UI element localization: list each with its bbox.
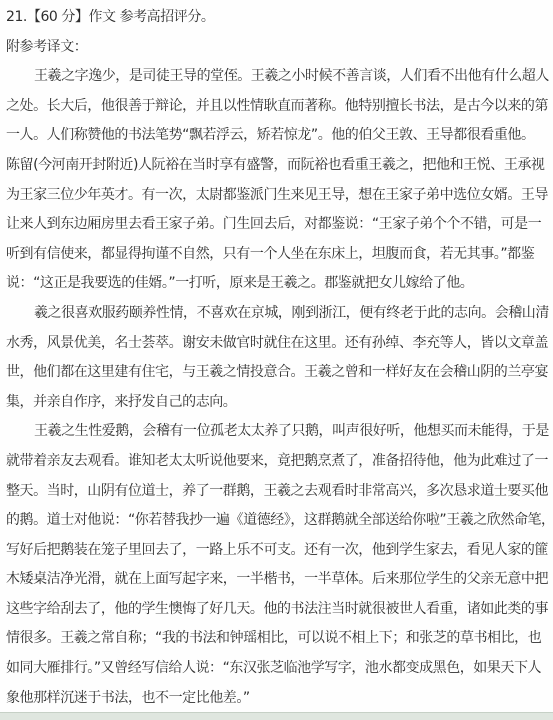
text-line: 一人。人们称赞他的书法笔势“飘若浮云，矫若惊龙”。他的伯父王敦、王导都很看重他。 [6,121,549,151]
text-line: 象他那样沉迷于书法，也不一定比他差。” [6,684,549,714]
text-line: 王羲之生性爱鹅，会稽有一位孤老太太养了只鹅，叫声很好听，他想买而未能得，于是 [6,417,549,447]
text-line: 王羲之字逸少，是司徒王导的堂侄。王羲之小时候不善言谈，人们看不出他有什么超人 [6,62,549,92]
document-page: 21.【60 分】作文 参考高招评分。 附参考译文： 王羲之字逸少，是司徒王导的… [0,0,553,720]
text-line: 听到有信使来，都显得拘谨不自然，只有一个人坐在东床上，坦腹而食，若无其事。”都鉴 [6,240,549,270]
text-line: 集，并亲自作序，来抒发自己的志向。 [6,388,549,418]
text-line: 陈留(今河南开封附近)人阮裕在当时享有盛警，而阮裕也看重王羲之，把他和王悦、王承… [6,151,549,181]
text-line: 就带着亲友去观看。谁知老太太听说他要来，竟把鹅烹煮了，准备招待他，他为此难过了一 [6,447,549,477]
bottom-edge-strip [0,712,553,720]
text-line: 这些字给刮去了，他的学生懊悔了好几天。他的书法注当时就很被世人看重，诸如此类的事 [6,595,549,625]
text-line: 木矮桌洁净光滑，就在上面写起字来，一半楷书，一半草体。后来那位学生的父亲无意中把 [6,565,549,595]
question-number-line: 21.【60 分】作文 参考高招评分。 [6,3,549,33]
text-line: 为王家三位少年英才。有一次，太尉都鉴派门生来见王导，想在王家子弟中选位女婿。王导 [6,181,549,211]
text-line: 让来人到东边厢房里去看王家子弟。门生回去后，对都鉴说：“王家子弟个个不错，可是一 [6,210,549,240]
text-line: 如同大雁排行。”又曾经写信给人说：“东汉张芝临池学写字，池水都变成黑色，如果天下… [6,654,549,684]
text-line: 说：“这正是我要选的佳婿。”一打听，原来是王羲之。郡鉴就把女儿嫁给了他。 [6,269,549,299]
reference-translation-heading: 附参考译文： [6,33,549,63]
text-line: 之处。长大后，他很善于辩论，并且以性情耿直而著称。他特别擅长书法，是古今以来的第 [6,92,549,122]
text-line: 的鹅。道士对他说：“你若替我抄一遍《道德经》，这群鹅就全部送给你啦”王羲之欣然命… [6,506,549,536]
text-line: 世，他们都在这里建有住宅，与王羲之情投意合。王羲之曾和一样好友在会稽山阴的兰亭宴 [6,358,549,388]
text-line: 写好后把鹅装在笼子里回去了，一路上乐不可支。还有一次，他到学生家去，看见人家的篚 [6,536,549,566]
text-line: 水秀，风景优美，名士荟萃。谢安未做官时就住在这里。还有孙绰、李充等人，皆以文章盖 [6,329,549,359]
text-line: 情很多。王羲之常自称；“我的书法和钟瑶相比，可以说不相上下；和张芝的草书相比，也 [6,624,549,654]
text-line: 整天。当时，山阴有位道士，养了一群鹅，王羲之去观看时非常高兴，多次恳求道士要买他 [6,477,549,507]
translation-body: 王羲之字逸少，是司徒王导的堂侄。王羲之小时候不善言谈，人们看不出他有什么超人之处… [6,62,549,713]
text-line: 羲之很喜欢服药颐养性情，不喜欢在京城，刚到浙江，便有终老于此的志向。会稽山清 [6,299,549,329]
